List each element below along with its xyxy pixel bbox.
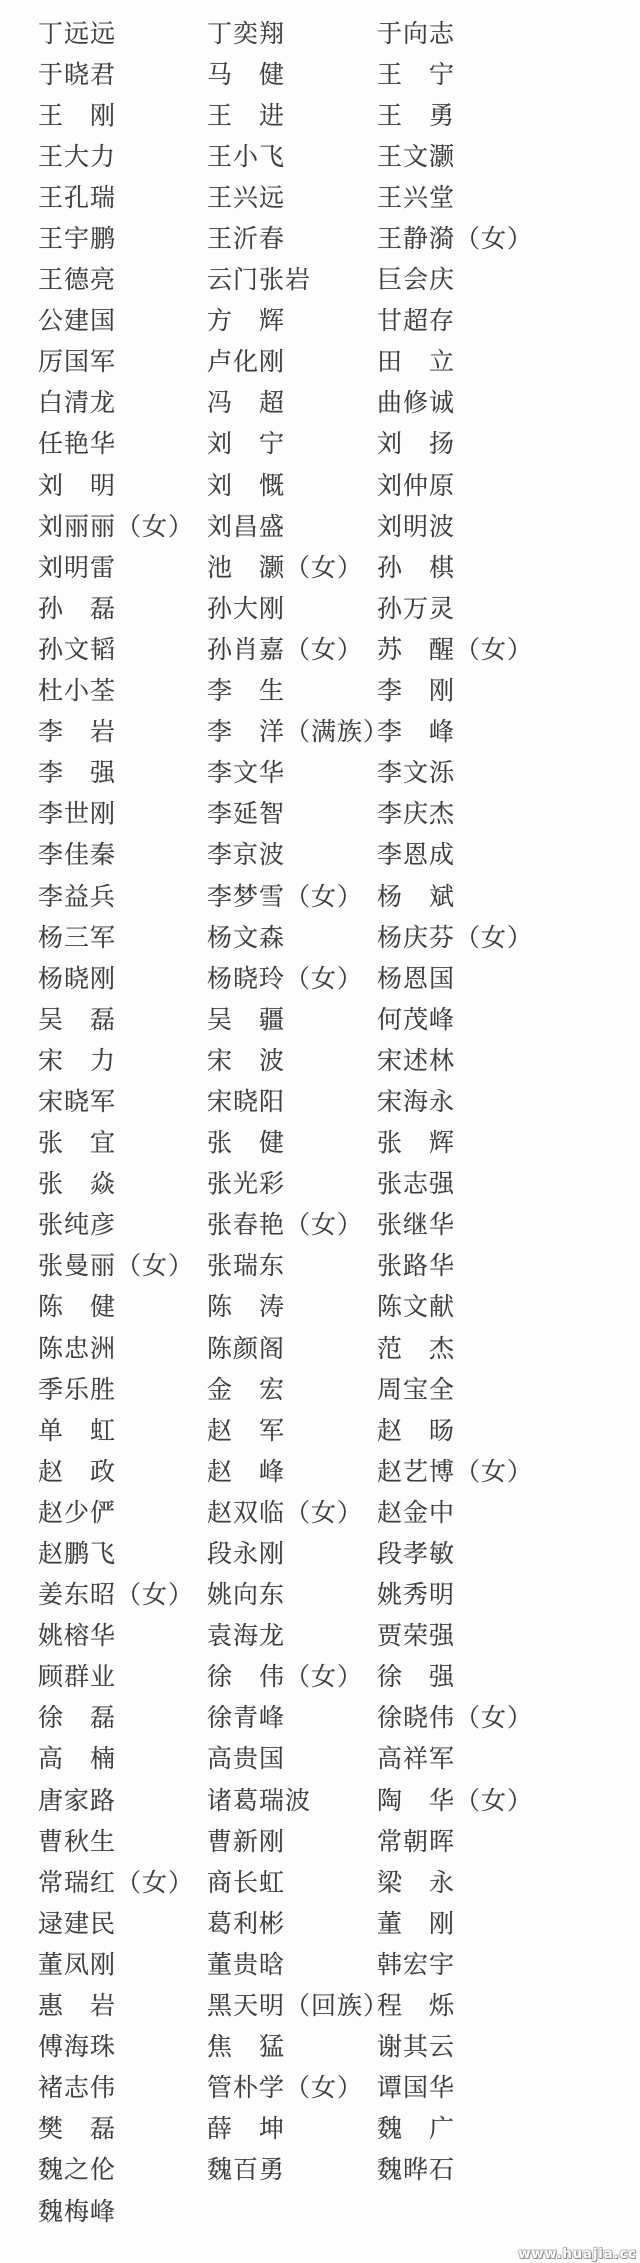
name-cell: 张春艳（女） bbox=[207, 1205, 377, 1241]
name-cell: 魏百勇 bbox=[207, 2150, 377, 2186]
name-cell: 李 岩 bbox=[38, 712, 207, 748]
name-cell: 杨晓玲（女） bbox=[207, 959, 377, 995]
name-row: 丁远远丁奕翔于向志 bbox=[0, 11, 640, 52]
name-cell: 高贵国 bbox=[207, 1739, 377, 1775]
name-cell: 冯 超 bbox=[207, 383, 377, 419]
name-cell: 任艳华 bbox=[38, 424, 207, 460]
name-row: 陈忠洲陈颜阁范 杰 bbox=[0, 1326, 640, 1367]
name-cell: 张纯彦 bbox=[38, 1205, 207, 1241]
name-cell: 姜东昭（女） bbox=[38, 1575, 207, 1611]
name-row: 曹秋生曹新刚常朝晖 bbox=[0, 1819, 640, 1860]
name-cell: 刘明雷 bbox=[38, 548, 207, 584]
name-cell: 张继华 bbox=[377, 1205, 640, 1241]
name-cell: 苏 醒（女） bbox=[377, 630, 640, 666]
name-row: 王宇鹏王沂春王静漪（女） bbox=[0, 216, 640, 257]
name-cell: 诸葛瑞波 bbox=[207, 1781, 377, 1817]
name-cell: 徐 强 bbox=[377, 1657, 640, 1693]
name-row: 褚志伟管朴学（女）谭国华 bbox=[0, 2066, 640, 2107]
name-cell: 顾群业 bbox=[38, 1657, 207, 1693]
name-cell: 赵 军 bbox=[207, 1411, 377, 1447]
name-cell: 刘仲原 bbox=[377, 466, 640, 502]
name-cell: 李 生 bbox=[207, 671, 377, 707]
name-cell: 杨 斌 bbox=[377, 877, 640, 913]
name-cell: 李延智 bbox=[207, 794, 377, 830]
name-cell: 高 楠 bbox=[38, 1739, 207, 1775]
name-cell: 王小飞 bbox=[207, 137, 377, 173]
name-cell: 赵少俨 bbox=[38, 1493, 207, 1529]
name-cell: 樊 磊 bbox=[38, 2109, 207, 2145]
name-cell: 方 辉 bbox=[207, 301, 377, 337]
name-row: 唐家路诸葛瑞波陶 华（女） bbox=[0, 1778, 640, 1819]
name-cell: 王文灏 bbox=[377, 137, 640, 173]
name-cell: 张曼丽（女） bbox=[38, 1246, 207, 1282]
name-cell: 姚向东 bbox=[207, 1575, 377, 1611]
name-cell: 韩宏宇 bbox=[377, 1945, 640, 1981]
scanned-name-list-page: 丁远远丁奕翔于向志于晓君马 健王 宁王 刚王 进王 勇王大力王小飞王文灏王孔瑞王… bbox=[0, 0, 640, 2263]
name-cell: 傅海珠 bbox=[38, 2027, 207, 2063]
name-cell: 卢化刚 bbox=[207, 342, 377, 378]
name-cell: 王 宁 bbox=[377, 55, 640, 91]
name-row: 董凤刚董贵晗韩宏宇 bbox=[0, 1942, 640, 1983]
name-cell: 张光彩 bbox=[207, 1164, 377, 1200]
name-row: 公建国方 辉甘超存 bbox=[0, 299, 640, 340]
name-cell: 宋 力 bbox=[38, 1041, 207, 1077]
name-cell: 孙大刚 bbox=[207, 589, 377, 625]
name-cell: 马 健 bbox=[207, 55, 377, 91]
name-cell: 赵 旸 bbox=[377, 1411, 640, 1447]
name-cell: 葛利彬 bbox=[207, 1904, 377, 1940]
name-cell: 杨庆芬（女） bbox=[377, 918, 640, 954]
name-cell: 陈忠洲 bbox=[38, 1329, 207, 1365]
name-cell: 宋晓阳 bbox=[207, 1082, 377, 1118]
name-cell: 孙万灵 bbox=[377, 589, 640, 625]
name-cell: 陈文献 bbox=[377, 1287, 640, 1323]
name-row: 张 宜张 健张 辉 bbox=[0, 1121, 640, 1162]
name-cell: 厉国军 bbox=[38, 342, 207, 378]
name-row: 厉国军卢化刚田 立 bbox=[0, 340, 640, 381]
name-cell: 王孔瑞 bbox=[38, 178, 207, 214]
name-cell: 李京波 bbox=[207, 835, 377, 871]
name-cell: 商长虹 bbox=[207, 1863, 377, 1899]
name-row: 刘丽丽（女）刘昌盛刘明波 bbox=[0, 504, 640, 545]
name-cell: 宋 波 bbox=[207, 1041, 377, 1077]
name-cell: 李 洋（满族） bbox=[207, 712, 377, 748]
name-cell: 曹秋生 bbox=[38, 1822, 207, 1858]
name-cell: 焦 猛 bbox=[207, 2027, 377, 2063]
name-cell: 王兴堂 bbox=[377, 178, 640, 214]
name-cell: 刘昌盛 bbox=[207, 507, 377, 543]
name-row: 张 焱张光彩张志强 bbox=[0, 1162, 640, 1203]
name-row: 孙文韬孙肖嘉（女）苏 醒（女） bbox=[0, 627, 640, 668]
name-cell: 董凤刚 bbox=[38, 1945, 207, 1981]
name-row: 任艳华刘 宁刘 扬 bbox=[0, 422, 640, 463]
name-row: 徐 磊徐青峰徐晓伟（女） bbox=[0, 1696, 640, 1737]
name-cell: 公建国 bbox=[38, 301, 207, 337]
name-row: 赵鹏飞段永刚段孝敏 bbox=[0, 1531, 640, 1572]
name-row: 赵少俨赵双临（女）赵金中 bbox=[0, 1490, 640, 1531]
name-cell: 段孝敏 bbox=[377, 1534, 640, 1570]
name-cell: 孙 磊 bbox=[38, 589, 207, 625]
name-cell: 刘 宁 bbox=[207, 424, 377, 460]
name-cell: 白清龙 bbox=[38, 383, 207, 419]
name-cell: 张 辉 bbox=[377, 1123, 640, 1159]
name-row: 魏之伦魏百勇魏晔石 bbox=[0, 2148, 640, 2189]
name-row: 姜东昭（女）姚向东姚秀明 bbox=[0, 1573, 640, 1614]
name-cell: 孙 棋 bbox=[377, 548, 640, 584]
watermark: www.huajia.cc bbox=[519, 2247, 637, 2262]
name-cell: 吴 疆 bbox=[207, 1000, 377, 1036]
name-cell: 惠 岩 bbox=[38, 1986, 207, 2022]
name-cell: 陈 健 bbox=[38, 1287, 207, 1323]
name-row: 张纯彦张春艳（女）张继华 bbox=[0, 1203, 640, 1244]
name-cell: 常朝晖 bbox=[377, 1822, 640, 1858]
name-cell: 刘 慨 bbox=[207, 466, 377, 502]
name-cell: 宋述林 bbox=[377, 1041, 640, 1077]
name-cell: 金 宏 bbox=[207, 1370, 377, 1406]
name-cell: 姚秀明 bbox=[377, 1575, 640, 1611]
name-row: 高 楠高贵国高祥军 bbox=[0, 1737, 640, 1778]
name-row: 杨晓刚杨晓玲（女）杨恩国 bbox=[0, 956, 640, 997]
name-cell: 徐晓伟（女） bbox=[377, 1698, 640, 1734]
name-cell: 李文华 bbox=[207, 753, 377, 789]
name-cell: 程 烁 bbox=[377, 1986, 640, 2022]
name-cell: 杜小荃 bbox=[38, 671, 207, 707]
name-cell: 姚榕华 bbox=[38, 1616, 207, 1652]
name-row: 孙 磊孙大刚孙万灵 bbox=[0, 586, 640, 627]
name-cell: 杨文森 bbox=[207, 918, 377, 954]
name-row: 季乐胜金 宏周宝全 bbox=[0, 1367, 640, 1408]
name-row: 宋 力宋 波宋述林 bbox=[0, 1038, 640, 1079]
name-cell: 王大力 bbox=[38, 137, 207, 173]
name-cell: 张 健 bbox=[207, 1123, 377, 1159]
name-cell: 宋晓军 bbox=[38, 1082, 207, 1118]
name-cell: 王兴远 bbox=[207, 178, 377, 214]
name-list: 丁远远丁奕翔于向志于晓君马 健王 宁王 刚王 进王 勇王大力王小飞王文灏王孔瑞王… bbox=[0, 0, 640, 2230]
name-row: 张曼丽（女）张瑞东张路华 bbox=[0, 1244, 640, 1285]
name-cell: 李梦雪（女） bbox=[207, 877, 377, 913]
name-cell: 李 强 bbox=[38, 753, 207, 789]
name-cell: 丁奕翔 bbox=[207, 14, 377, 50]
name-row: 逯建民葛利彬董 刚 bbox=[0, 1901, 640, 1942]
name-cell: 赵 峰 bbox=[207, 1452, 377, 1488]
name-cell: 杨恩国 bbox=[377, 959, 640, 995]
name-cell: 赵鹏飞 bbox=[38, 1534, 207, 1570]
name-cell: 周宝全 bbox=[377, 1370, 640, 1406]
name-cell: 刘 扬 bbox=[377, 424, 640, 460]
name-row: 傅海珠焦 猛谢其云 bbox=[0, 2025, 640, 2066]
name-cell: 宋海永 bbox=[377, 1082, 640, 1118]
name-row: 惠 岩黑天明（回族）程 烁 bbox=[0, 1984, 640, 2025]
name-cell: 李佳秦 bbox=[38, 835, 207, 871]
name-cell: 魏之伦 bbox=[38, 2150, 207, 2186]
name-row: 李 强李文华李文泺 bbox=[0, 751, 640, 792]
name-cell: 孙文韬 bbox=[38, 630, 207, 666]
name-cell: 田 立 bbox=[377, 342, 640, 378]
name-cell: 张 宜 bbox=[38, 1123, 207, 1159]
name-cell: 陈颜阁 bbox=[207, 1329, 377, 1365]
name-cell: 曲修诚 bbox=[377, 383, 640, 419]
name-cell: 黑天明（回族） bbox=[207, 1986, 377, 2022]
name-cell: 谭国华 bbox=[377, 2068, 640, 2104]
name-row: 王孔瑞王兴远王兴堂 bbox=[0, 175, 640, 216]
name-cell: 王 进 bbox=[207, 96, 377, 132]
name-cell: 管朴学（女） bbox=[207, 2068, 377, 2104]
name-cell: 单 虹 bbox=[38, 1411, 207, 1447]
name-cell: 常瑞红（女） bbox=[38, 1863, 207, 1899]
name-cell: 薛 坤 bbox=[207, 2109, 377, 2145]
name-row: 单 虹赵 军赵 旸 bbox=[0, 1408, 640, 1449]
name-row: 杜小荃李 生李 刚 bbox=[0, 669, 640, 710]
name-cell: 陶 华（女） bbox=[377, 1781, 640, 1817]
name-cell: 李 峰 bbox=[377, 712, 640, 748]
name-cell: 赵艺博（女） bbox=[377, 1452, 640, 1488]
name-cell: 李世刚 bbox=[38, 794, 207, 830]
name-row: 樊 磊薛 坤魏 广 bbox=[0, 2107, 640, 2148]
name-row: 吴 磊吴 疆何茂峰 bbox=[0, 997, 640, 1038]
name-cell: 张 焱 bbox=[38, 1164, 207, 1200]
name-row: 常瑞红（女）商长虹梁 永 bbox=[0, 1860, 640, 1901]
name-row: 于晓君马 健王 宁 bbox=[0, 52, 640, 93]
name-row: 白清龙冯 超曲修诚 bbox=[0, 381, 640, 422]
name-cell: 甘超存 bbox=[377, 301, 640, 337]
name-cell: 何茂峰 bbox=[377, 1000, 640, 1036]
name-cell: 刘明波 bbox=[377, 507, 640, 543]
name-cell: 池 灏（女） bbox=[207, 548, 377, 584]
name-row: 李益兵李梦雪（女）杨 斌 bbox=[0, 874, 640, 915]
name-row: 李世刚李延智李庆杰 bbox=[0, 792, 640, 833]
name-row: 王德亮云门张岩巨会庆 bbox=[0, 258, 640, 299]
name-cell: 云门张岩 bbox=[207, 260, 377, 296]
name-row: 李佳秦李京波李恩成 bbox=[0, 833, 640, 874]
name-row: 杨三军杨文森杨庆芬（女） bbox=[0, 915, 640, 956]
name-cell: 徐 磊 bbox=[38, 1698, 207, 1734]
name-cell: 吴 磊 bbox=[38, 1000, 207, 1036]
name-cell: 丁远远 bbox=[38, 14, 207, 50]
name-cell: 李文泺 bbox=[377, 753, 640, 789]
name-cell: 段永刚 bbox=[207, 1534, 377, 1570]
name-cell: 张路华 bbox=[377, 1246, 640, 1282]
name-cell: 徐 伟（女） bbox=[207, 1657, 377, 1693]
name-cell: 逯建民 bbox=[38, 1904, 207, 1940]
name-cell: 王沂春 bbox=[207, 219, 377, 255]
name-cell: 赵金中 bbox=[377, 1493, 640, 1529]
name-row: 魏梅峰 bbox=[0, 2189, 640, 2230]
name-row: 刘 明刘 慨刘仲原 bbox=[0, 463, 640, 504]
name-cell: 王德亮 bbox=[38, 260, 207, 296]
name-cell: 刘丽丽（女） bbox=[38, 507, 207, 543]
name-cell: 魏梅峰 bbox=[38, 2192, 207, 2228]
name-cell: 谢其云 bbox=[377, 2027, 640, 2063]
name-row: 陈 健陈 涛陈文献 bbox=[0, 1285, 640, 1326]
name-cell: 赵双临（女） bbox=[207, 1493, 377, 1529]
name-cell: 李 刚 bbox=[377, 671, 640, 707]
name-cell: 唐家路 bbox=[38, 1781, 207, 1817]
name-cell: 王 刚 bbox=[38, 96, 207, 132]
name-cell: 魏晔石 bbox=[377, 2150, 640, 2186]
name-row: 宋晓军宋晓阳宋海永 bbox=[0, 1079, 640, 1120]
name-row: 刘明雷池 灏（女）孙 棋 bbox=[0, 545, 640, 586]
name-cell: 陈 涛 bbox=[207, 1287, 377, 1323]
name-cell: 魏 广 bbox=[377, 2109, 640, 2145]
name-row: 王大力王小飞王文灏 bbox=[0, 134, 640, 175]
name-cell: 刘 明 bbox=[38, 466, 207, 502]
name-row: 顾群业徐 伟（女）徐 强 bbox=[0, 1655, 640, 1696]
name-row: 李 岩李 洋（满族）李 峰 bbox=[0, 710, 640, 751]
name-cell: 季乐胜 bbox=[38, 1370, 207, 1406]
name-cell: 梁 永 bbox=[377, 1863, 640, 1899]
name-cell: 高祥军 bbox=[377, 1739, 640, 1775]
name-cell: 王 勇 bbox=[377, 96, 640, 132]
name-cell: 王宇鹏 bbox=[38, 219, 207, 255]
name-cell: 张瑞东 bbox=[207, 1246, 377, 1282]
name-cell: 于晓君 bbox=[38, 55, 207, 91]
name-cell: 范 杰 bbox=[377, 1329, 640, 1365]
name-cell: 董 刚 bbox=[377, 1904, 640, 1940]
name-row: 赵 政赵 峰赵艺博（女） bbox=[0, 1449, 640, 1490]
name-cell: 于向志 bbox=[377, 14, 640, 50]
name-cell: 曹新刚 bbox=[207, 1822, 377, 1858]
name-cell: 李益兵 bbox=[38, 877, 207, 913]
name-cell: 董贵晗 bbox=[207, 1945, 377, 1981]
name-cell: 张志强 bbox=[377, 1164, 640, 1200]
name-cell: 李恩成 bbox=[377, 835, 640, 871]
name-cell: 王静漪（女） bbox=[377, 219, 640, 255]
name-cell: 巨会庆 bbox=[377, 260, 640, 296]
name-cell: 褚志伟 bbox=[38, 2068, 207, 2104]
name-row: 姚榕华袁海龙贾荣强 bbox=[0, 1614, 640, 1655]
name-cell: 杨晓刚 bbox=[38, 959, 207, 995]
name-cell: 孙肖嘉（女） bbox=[207, 630, 377, 666]
name-cell: 贾荣强 bbox=[377, 1616, 640, 1652]
name-cell: 徐青峰 bbox=[207, 1698, 377, 1734]
name-cell: 袁海龙 bbox=[207, 1616, 377, 1652]
name-cell: 赵 政 bbox=[38, 1452, 207, 1488]
name-cell: 杨三军 bbox=[38, 918, 207, 954]
name-row: 王 刚王 进王 勇 bbox=[0, 93, 640, 134]
name-cell: 李庆杰 bbox=[377, 794, 640, 830]
